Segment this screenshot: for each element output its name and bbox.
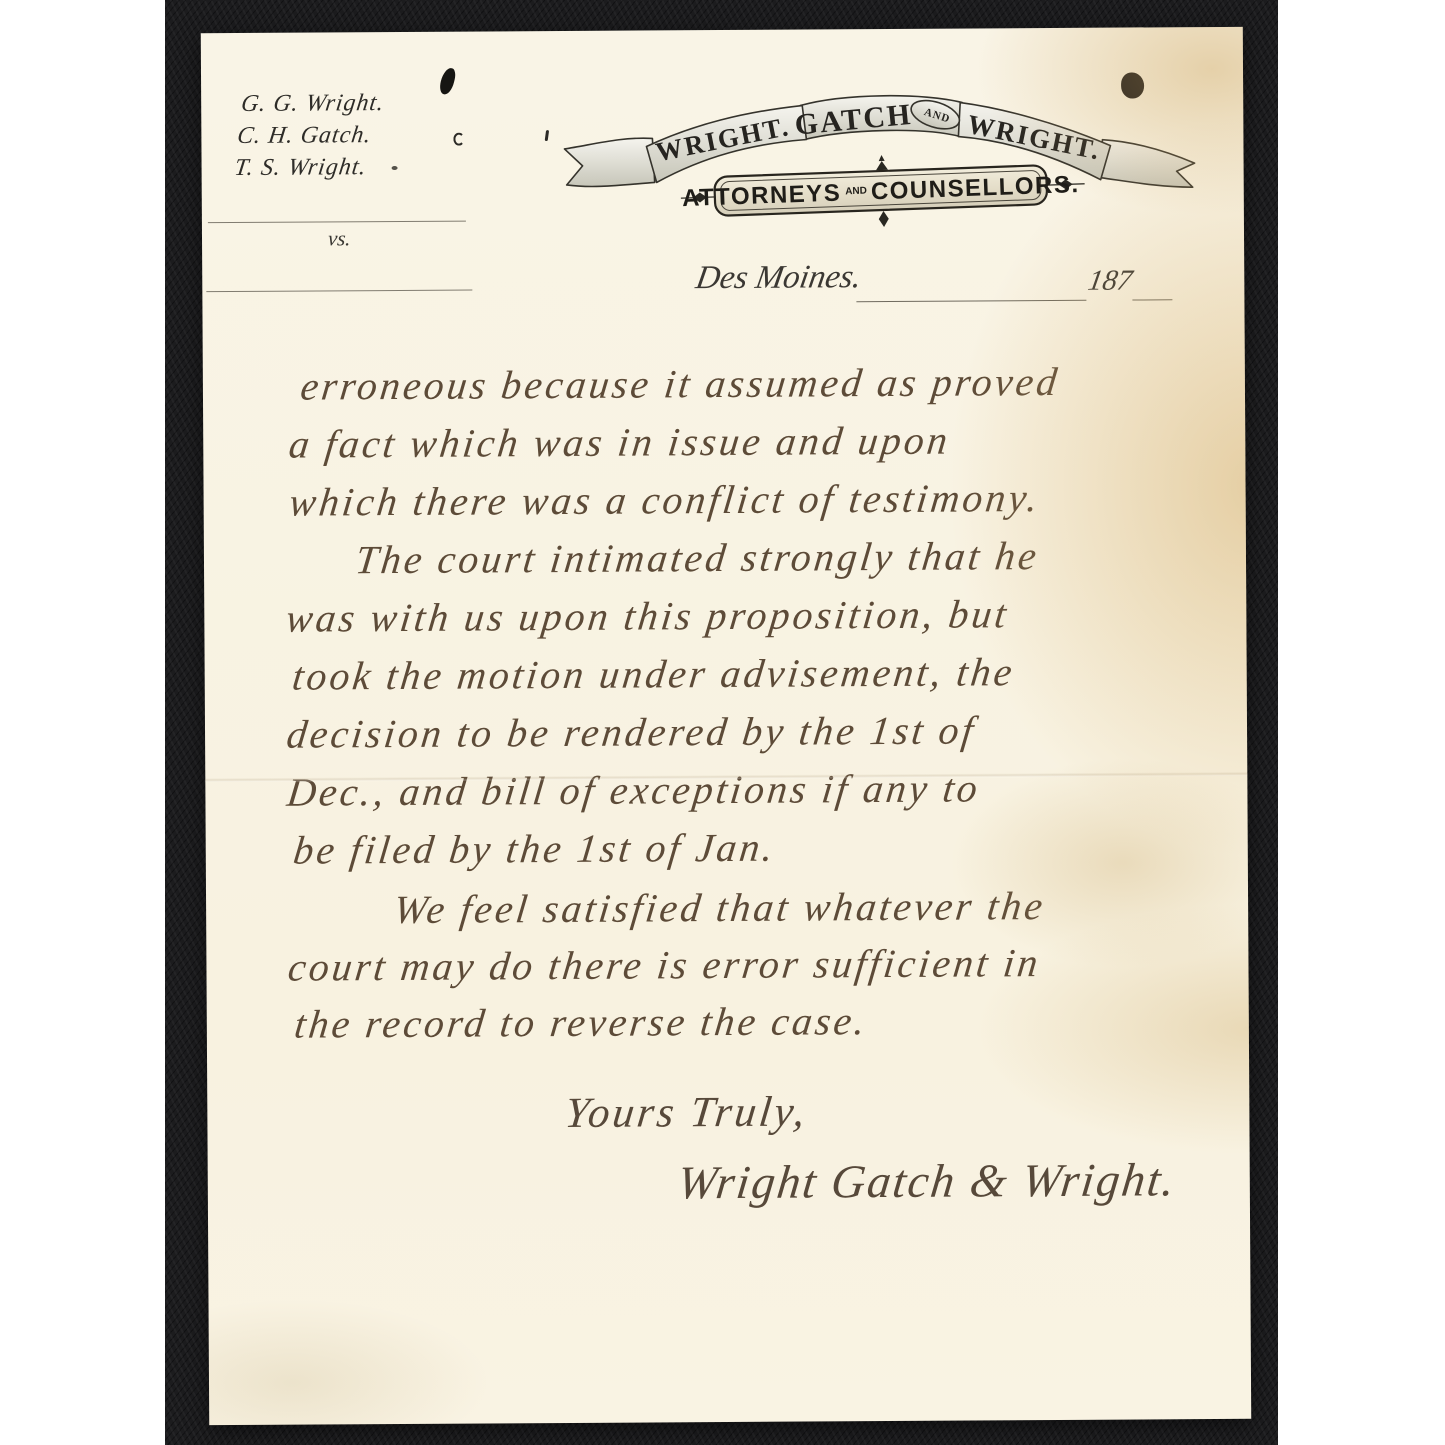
ribbon-tail-right (1100, 139, 1194, 188)
dateline-year-blank (1132, 299, 1172, 300)
letter-paper: G. G. Wright. C. H. Gatch. T. S. Wright.… (201, 27, 1251, 1425)
letter-line: a fact which was in issue and upon (287, 417, 953, 468)
versus-label: vs. (327, 226, 352, 251)
plaque-group: ATTORNEYSANDCOUNSELLORS. (680, 148, 1086, 234)
dateline-city: Des Moines. (693, 259, 864, 297)
dateline-blank-line (856, 300, 1086, 302)
ink-blot (438, 67, 457, 96)
signature: Wright Gatch & Wright. (675, 1153, 1180, 1210)
valediction: Yours Truly, (563, 1087, 811, 1138)
letter-line: took the motion under advisement, the (290, 648, 1017, 699)
paper-speck (392, 166, 398, 170)
attorney-name: C. H. Gatch. (236, 122, 374, 150)
paper-speck (453, 133, 464, 146)
plaque-pendant-ornament (878, 211, 889, 227)
letter-line: The court intimated strongly that he (353, 532, 1042, 583)
letter-line: decision to be rendered by the 1st of (284, 706, 978, 757)
letter-line: be filed by the 1st of Jan. (291, 824, 778, 874)
plaque-word-and: AND (845, 186, 867, 198)
letter-line: which there was a conflict of testimony. (287, 474, 1043, 526)
caption-rule (206, 290, 472, 293)
attorney-name: T. S. Wright. (233, 154, 369, 182)
letter-line: court may do there is error sufficient i… (286, 939, 1044, 991)
scan-canvas: G. G. Wright. C. H. Gatch. T. S. Wright.… (0, 0, 1445, 1445)
plaque-word-attorneys: ATTORNEYS (682, 179, 842, 212)
letter-line: the record to reverse the case. (292, 997, 870, 1048)
attorney-name: G. G. Wright. (239, 90, 386, 118)
letter-line: erroneous because it assumed as proved (298, 358, 1062, 410)
letterhead-banner: WRIGHT. GATCH AND WRIGHT. ATTORNEYSANDCO… (554, 83, 1207, 239)
paper-speck (545, 130, 549, 141)
punch-hole (1121, 72, 1144, 98)
plaque-crest-ornament (875, 155, 888, 170)
letter-line: Dec., and bill of exceptions if any to (285, 764, 983, 815)
ribbon-tail-left (564, 138, 654, 187)
letter-line: We feel satisfied that whatever the (391, 882, 1048, 933)
dateline-year: 187 (1085, 264, 1134, 297)
letter-line: was with us upon this proposition, but (284, 590, 1012, 641)
banner-name-right: WRIGHT. (965, 109, 1104, 166)
caption-rule (208, 221, 466, 224)
